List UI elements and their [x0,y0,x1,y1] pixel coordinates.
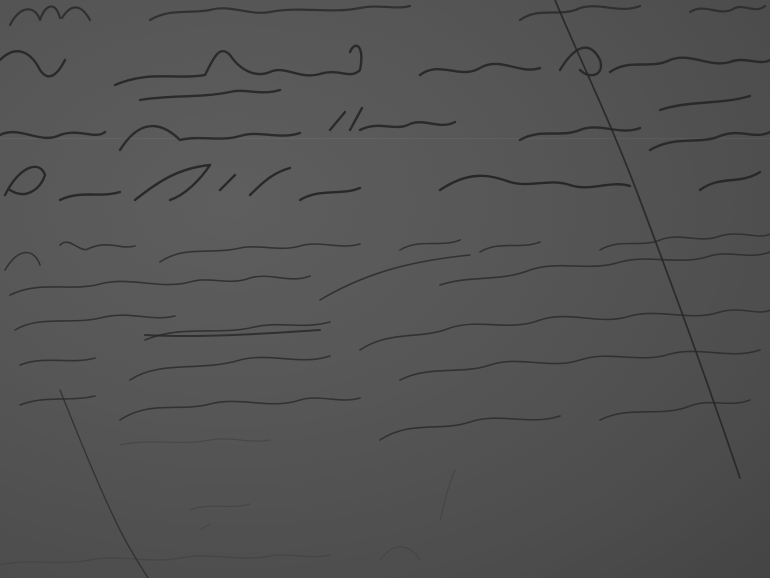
handwriting-strokes [0,0,770,578]
handwriting-middle-block [5,234,770,440]
handwriting-line-3 [0,108,770,150]
manuscript-photo: Grayscale photograph of a handwritten ma… [0,0,770,578]
handwriting-line-4 [5,165,760,200]
faded-lower-writing [0,439,455,565]
handwriting-line-1 [10,6,765,25]
handwriting-line-2 [0,46,770,110]
diagonal-pencil-line-left [60,390,148,578]
